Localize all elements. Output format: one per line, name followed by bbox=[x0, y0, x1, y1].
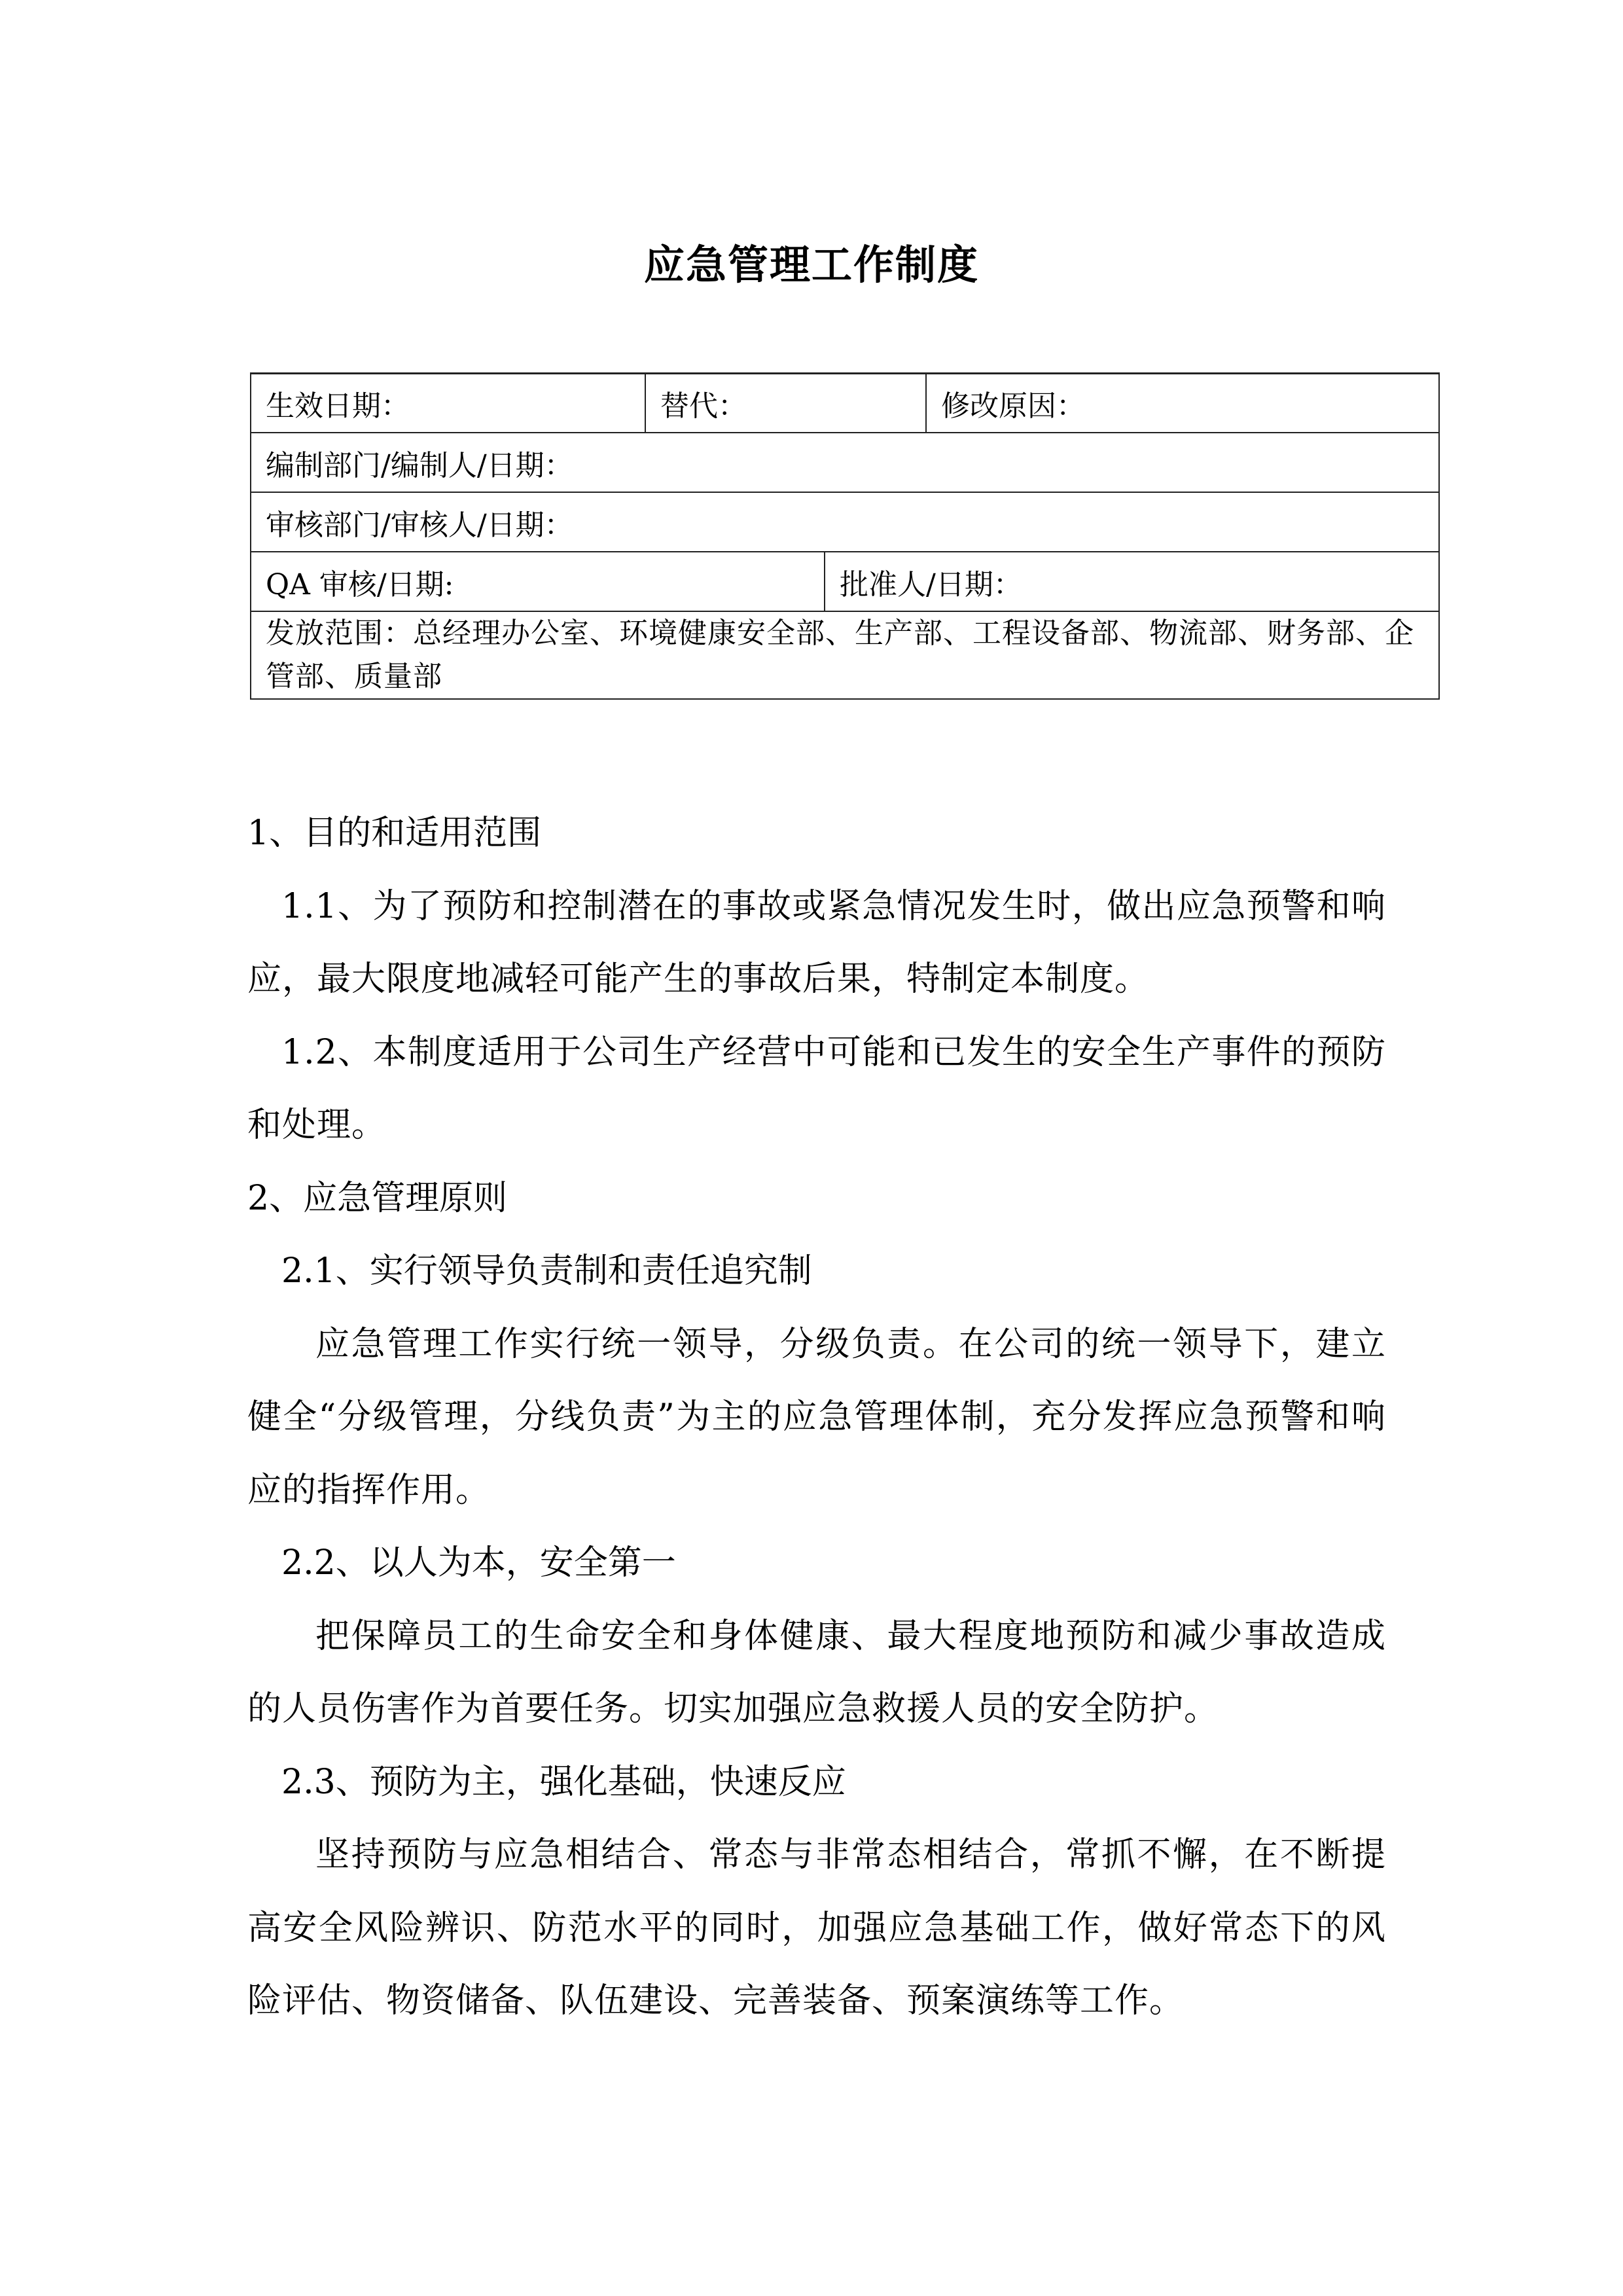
table-row: 发放范围：总经理办公室、环境健康安全部、生产部、工程设备部、物流部、财务部、企管… bbox=[251, 611, 1439, 699]
reviewed-by-cell: 审核部门/审核人/日期： bbox=[251, 492, 1439, 552]
subheading-2-2: 2.2、以人为本，安全第一 bbox=[247, 1527, 1386, 1600]
clause-2-1-text: 应急管理工作实行统一领导，分级负责。在公司的统一领导下，建立健全“分级管理，分线… bbox=[247, 1308, 1386, 1528]
table-row: 审核部门/审核人/日期： bbox=[251, 492, 1439, 552]
revision-reason-cell: 修改原因： bbox=[926, 374, 1439, 433]
subheading-2-3: 2.3、预防为主，强化基础，快速反应 bbox=[247, 1746, 1386, 1820]
effective-date-cell: 生效日期： bbox=[251, 374, 645, 433]
document-control-table: 生效日期： 替代： 修改原因： 编制部门/编制人/日期： 审核部门/审核人/日期… bbox=[250, 372, 1440, 700]
document-title: 应急管理工作制度 bbox=[0, 239, 1623, 291]
replaces-cell: 替代： bbox=[645, 374, 926, 433]
prepared-by-cell: 编制部门/编制人/日期： bbox=[251, 433, 1439, 492]
table-row: 编制部门/编制人/日期： bbox=[251, 433, 1439, 492]
distribution-scope-cell: 发放范围：总经理办公室、环境健康安全部、生产部、工程设备部、物流部、财务部、企管… bbox=[251, 611, 1439, 699]
qa-review-cell: QA 审核/日期: bbox=[251, 552, 825, 611]
subheading-2-1: 2.1、实行领导负责制和责任追究制 bbox=[247, 1235, 1386, 1308]
section-heading-1: 1、目的和适用范围 bbox=[247, 797, 1386, 870]
section-heading-2: 2、应急管理原则 bbox=[247, 1162, 1386, 1236]
clause-1-2: 1.2、本制度适用于公司生产经营中可能和已发生的安全生产事件的预防和处理。 bbox=[247, 1016, 1386, 1162]
table-row: QA 审核/日期: 批准人/日期： bbox=[251, 552, 1439, 611]
document-body: 1、目的和适用范围 1.1、为了预防和控制潜在的事故或紧急情况发生时，做出应急预… bbox=[247, 797, 1386, 2038]
clause-1-1: 1.1、为了预防和控制潜在的事故或紧急情况发生时，做出应急预警和响应，最大限度地… bbox=[247, 870, 1386, 1016]
approved-by-cell: 批准人/日期： bbox=[825, 552, 1439, 611]
clause-2-3-text: 坚持预防与应急相结合、常态与非常态相结合，常抓不懈，在不断提高安全风险辨识、防范… bbox=[247, 1819, 1386, 2038]
clause-2-2-text: 把保障员工的生命安全和身体健康、最大程度地预防和减少事故造成的人员伤害作为首要任… bbox=[247, 1600, 1386, 1746]
table-row: 生效日期： 替代： 修改原因： bbox=[251, 374, 1439, 433]
